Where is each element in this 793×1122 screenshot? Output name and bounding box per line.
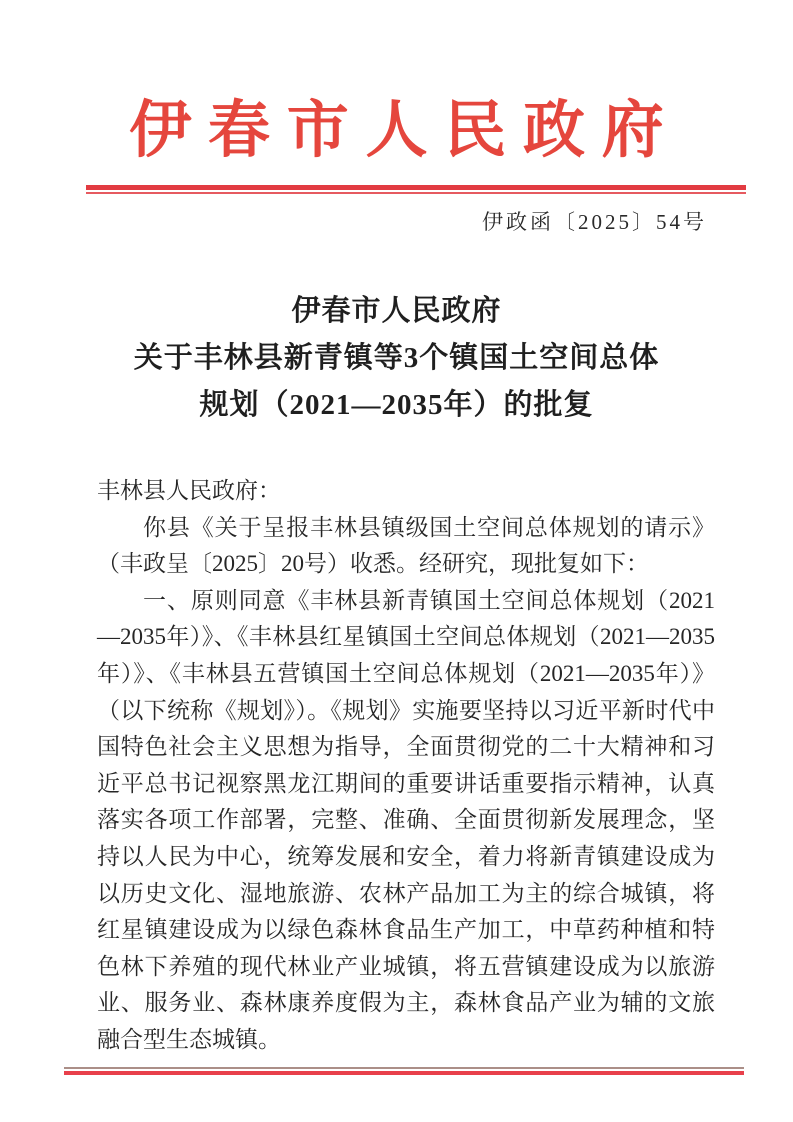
- letterhead-title: 伊春市人民政府: [0, 0, 793, 178]
- body-paragraph-1: 你县《关于呈报丰林县镇级国土空间总体规划的请示》（丰政呈〔2025〕20号）收悉…: [97, 510, 715, 583]
- document-title-line-2: 关于丰林县新青镇等3个镇国土空间总体: [0, 335, 793, 382]
- letterhead-double-rule: [86, 185, 746, 194]
- document-title-line-3: 规划（2021—2035年）的批复: [0, 382, 793, 429]
- document-body: 丰林县人民政府： 你县《关于呈报丰林县镇级国土空间总体规划的请示》（丰政呈〔20…: [97, 473, 715, 1059]
- body-paragraph-2: 一、原则同意《丰林县新青镇国土空间总体规划（2021—2035年）》、《丰林县红…: [97, 583, 715, 1059]
- salutation: 丰林县人民政府：: [97, 473, 715, 510]
- document-number: 伊政函〔2025〕54号: [0, 206, 707, 236]
- footer-rule-thick-line: [64, 1071, 744, 1075]
- official-document-page: 伊春市人民政府 伊政函〔2025〕54号 伊春市人民政府 关于丰林县新青镇等3个…: [0, 0, 793, 1122]
- footer-double-rule: [64, 1067, 744, 1075]
- document-title-line-1: 伊春市人民政府: [0, 288, 793, 335]
- rule-thin-line: [86, 192, 746, 194]
- document-title: 伊春市人民政府 关于丰林县新青镇等3个镇国土空间总体 规划（2021—2035年…: [0, 288, 793, 429]
